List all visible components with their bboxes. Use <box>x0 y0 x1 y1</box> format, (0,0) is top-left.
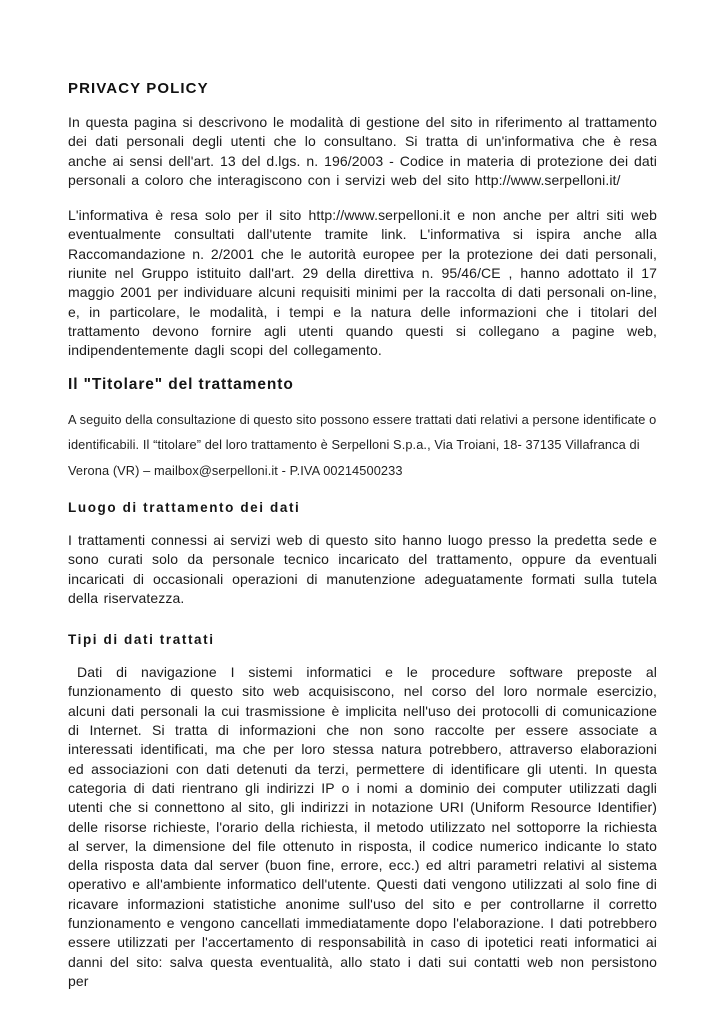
intro-paragraph-1: In questa pagina si descrivono le modali… <box>68 113 657 190</box>
luogo-body-paragraph: I trattamenti connessi ai servizi web di… <box>68 531 657 608</box>
section-heading-luogo: Luogo di trattamento dei dati <box>68 500 657 515</box>
section-heading-titolare: Il "Titolare" del trattamento <box>68 376 657 394</box>
page-title: PRIVACY POLICY <box>68 80 657 97</box>
section-heading-tipi: Tipi di dati trattati <box>68 632 657 647</box>
intro-paragraph-2: L'informativa è resa solo per il sito ht… <box>68 206 657 360</box>
privacy-policy-page: PRIVACY POLICY In questa pagina si descr… <box>0 0 724 1024</box>
titolare-body-paragraph: A seguito della consultazione di questo … <box>68 407 657 484</box>
tipi-body-paragraph: Dati di navigazione I sistemi informatic… <box>68 663 657 991</box>
